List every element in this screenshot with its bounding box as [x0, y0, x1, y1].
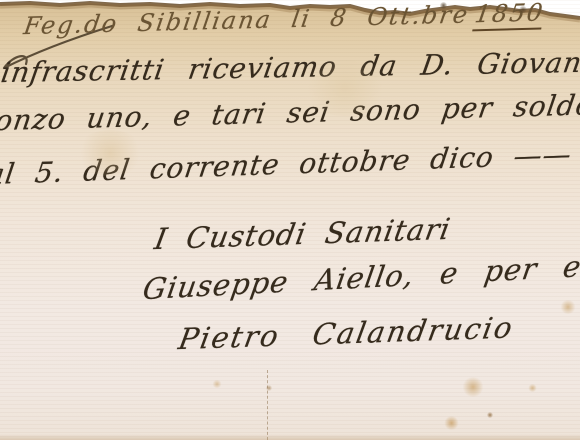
body-line-1: infrascritti riceviamo da D. Giovanni Pi… [0, 43, 580, 89]
year-underlined: 1850 [473, 0, 547, 31]
fold-crease [267, 370, 269, 440]
signature-1: Giuseppe Aiello, e per esso [141, 246, 580, 306]
foxing-stain [487, 412, 493, 418]
body-line-3: al 5. del corrente ottobre dico —— 1.ª 6… [0, 131, 580, 191]
foxing-stain [212, 380, 222, 388]
foxing-stain [444, 416, 459, 430]
body-line-2: onzo uno, e tari sei sono per soldo dal … [0, 84, 580, 137]
foxing-stain [560, 300, 576, 314]
bottom-edge-shadow [0, 434, 580, 440]
foxing-stain [528, 384, 537, 392]
scanned-document: Feg.do Sibilliana li 8 Ott.bre1850 infra… [0, 0, 580, 440]
signature-role-line: I Custodi Sanitari [152, 212, 454, 257]
signature-2: Pietro Calandrucio [176, 310, 517, 356]
foxing-stain [462, 377, 484, 397]
